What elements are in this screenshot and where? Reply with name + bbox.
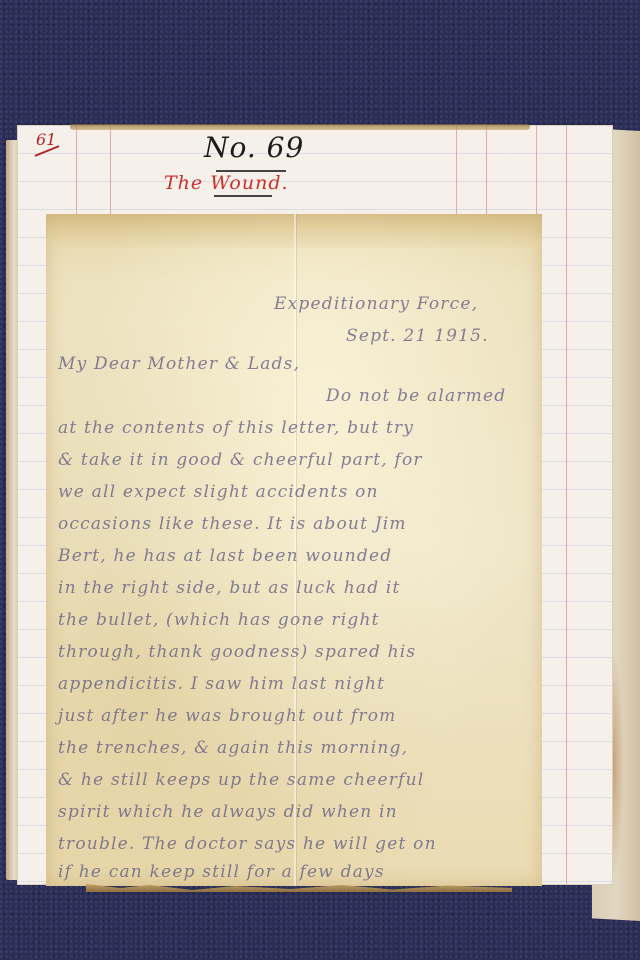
letter-line: occasions like these. It is about Jim	[58, 514, 407, 534]
letter-line: & he still keeps up the same cheerful	[58, 770, 424, 790]
letter-salutation: My Dear Mother & Lads,	[58, 354, 300, 374]
letter-line: we all expect slight accidents on	[58, 482, 379, 502]
letter-line: at the contents of this letter, but try	[58, 418, 414, 438]
letter-line: & take it in good & cheerful part, for	[58, 450, 423, 470]
handwritten-letter: Expeditionary Force, Sept. 21 1915. My D…	[46, 214, 542, 886]
binding-edge	[70, 124, 530, 130]
letter-torn-edge	[86, 882, 512, 892]
letter-line: just after he was brought out from	[58, 706, 397, 726]
letter-line: the bullet, (which has gone right	[58, 610, 380, 630]
ledger-column-rule	[566, 126, 567, 884]
letter-line: trouble. The doctor says he will get on	[58, 834, 437, 854]
scrapbook-photo: 61 No. 69 The Wound. Expeditionary Force…	[0, 0, 640, 960]
entry-number: No. 69	[204, 131, 304, 164]
letter-line: Bert, he has at last been wounded	[58, 546, 392, 566]
letter-line: the trenches, & again this morning,	[58, 738, 408, 758]
letter-line: in the right side, but as luck had it	[58, 578, 401, 598]
letter-line: if he can keep still for a few days	[58, 862, 385, 882]
entry-title-underline	[214, 195, 272, 197]
letter-heading-line: Expeditionary Force,	[274, 294, 478, 314]
entry-title: The Wound.	[164, 172, 289, 194]
letter-line: Do not be alarmed	[326, 386, 506, 406]
letter-line: appendicitis. I saw him last night	[58, 674, 385, 694]
letter-heading-date: Sept. 21 1915.	[346, 326, 489, 346]
letter-line: through, thank goodness) spared his	[58, 642, 416, 662]
letter-line: spirit which he always did when in	[58, 802, 398, 822]
